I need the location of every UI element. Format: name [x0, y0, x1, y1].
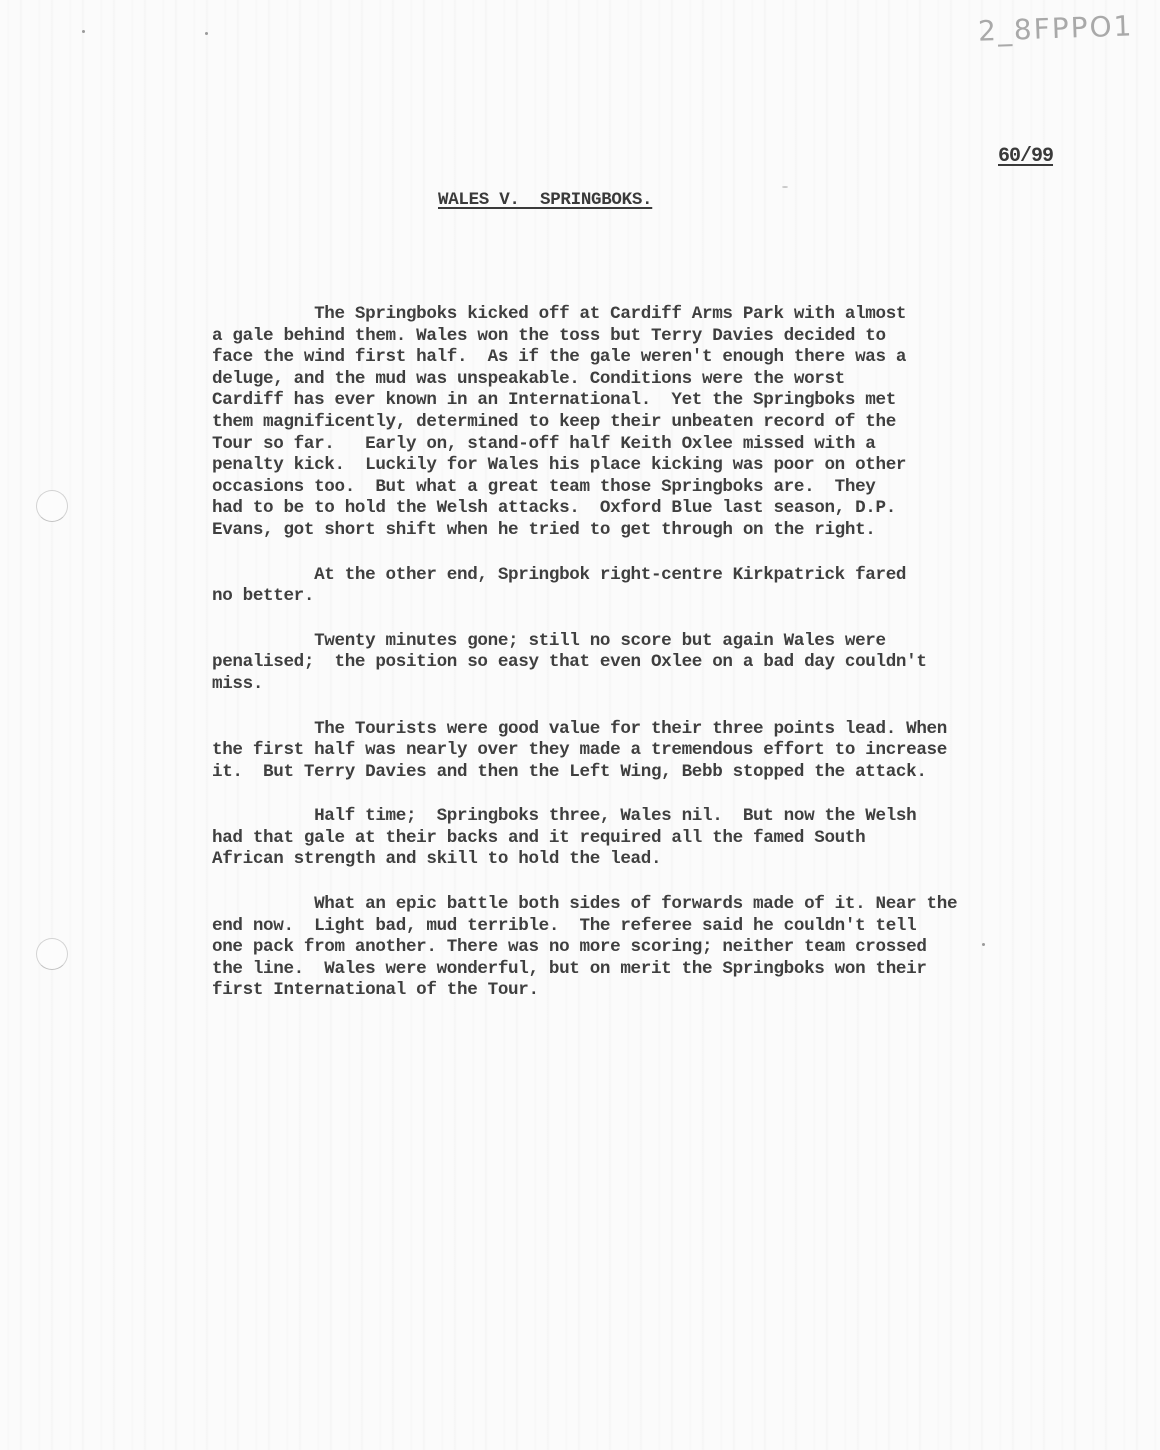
- text-line: What an epic battle both sides of forwar…: [212, 894, 1132, 916]
- text-line: it. But Terry Davies and then the Left W…: [212, 762, 1132, 784]
- text-line: had to be to hold the Welsh attacks. Oxf…: [212, 498, 1132, 520]
- paragraph: The Tourists were good value for their t…: [212, 719, 1132, 784]
- text-line: first International of the Tour.: [212, 980, 1132, 1002]
- punch-hole-icon: [36, 938, 68, 970]
- archive-reference: 2_8FPPO1: [977, 9, 1133, 47]
- punch-hole-icon: [36, 490, 68, 522]
- text-line: penalised; the position so easy that eve…: [212, 652, 1132, 674]
- text-line: the line. Wales were wonderful, but on m…: [212, 959, 1132, 981]
- text-line: occasions too. But what a great team tho…: [212, 477, 1132, 499]
- document-page: 2_8FPPO1 60/99 WALES V. SPRINGBOKS. The …: [0, 0, 1160, 1450]
- text-line: a gale behind them. Wales won the toss b…: [212, 326, 1132, 348]
- paragraph: Twenty minutes gone; still no score but …: [212, 631, 1132, 696]
- text-line: The Springboks kicked off at Cardiff Arm…: [212, 304, 1132, 326]
- text-line: penalty kick. Luckily for Wales his plac…: [212, 455, 1132, 477]
- text-line: At the other end, Springbok right-centre…: [212, 565, 1132, 587]
- paper-speck: [782, 186, 788, 188]
- paper-speck: [205, 32, 208, 35]
- text-line: had that gale at their backs and it requ…: [212, 828, 1132, 850]
- text-line: Half time; Springboks three, Wales nil. …: [212, 806, 1132, 828]
- text-line: face the wind first half. As if the gale…: [212, 347, 1132, 369]
- text-line: Cardiff has ever known in an Internation…: [212, 390, 1132, 412]
- paragraph: At the other end, Springbok right-centre…: [212, 565, 1132, 608]
- text-line: Tour so far. Early on, stand-off half Ke…: [212, 434, 1132, 456]
- text-line: end now. Light bad, mud terrible. The re…: [212, 916, 1132, 938]
- paragraph: What an epic battle both sides of forwar…: [212, 894, 1132, 1002]
- text-line: the first half was nearly over they made…: [212, 740, 1132, 762]
- text-line: The Tourists were good value for their t…: [212, 719, 1132, 741]
- text-line: one pack from another. There was no more…: [212, 937, 1132, 959]
- text-line: them magnificently, determined to keep t…: [212, 412, 1132, 434]
- page-number: 60/99: [998, 145, 1053, 168]
- paragraph: The Springboks kicked off at Cardiff Arm…: [212, 304, 1132, 542]
- document-title: WALES V. SPRINGBOKS.: [438, 190, 652, 210]
- text-line: Evans, got short shift when he tried to …: [212, 520, 1132, 542]
- text-line: Twenty minutes gone; still no score but …: [212, 631, 1132, 653]
- text-line: African strength and skill to hold the l…: [212, 849, 1132, 871]
- text-line: deluge, and the mud was unspeakable. Con…: [212, 369, 1132, 391]
- paragraph: Half time; Springboks three, Wales nil. …: [212, 806, 1132, 871]
- paper-speck: [82, 30, 85, 33]
- text-line: miss.: [212, 674, 1132, 696]
- text-line: no better.: [212, 586, 1132, 608]
- document-body: The Springboks kicked off at Cardiff Arm…: [212, 304, 1132, 1025]
